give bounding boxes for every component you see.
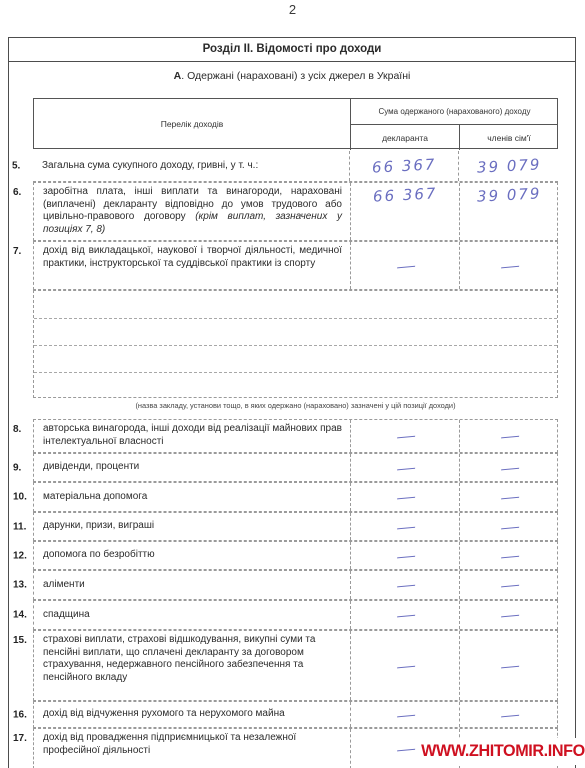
declarant-value-cell: 66 367	[349, 151, 459, 181]
row-label: дохід від провадження підприємницької та…	[34, 729, 332, 768]
row-number: 8.	[13, 424, 33, 435]
row-number: 17.	[13, 733, 33, 744]
section-title: Розділ II. Відомості про доходи	[9, 38, 575, 62]
row-number: 16.	[13, 709, 33, 720]
row-label: авторська винагорода, інші доходи від ре…	[34, 420, 348, 452]
handwritten-dash: —	[395, 662, 415, 669]
row-label: дохід від відчуження рухомого та нерухом…	[34, 702, 348, 727]
row-number: 10.	[13, 492, 33, 503]
declarant-value-cell: —	[350, 631, 460, 700]
handwritten-dash: —	[500, 464, 520, 471]
declarant-value-cell: —	[350, 702, 460, 727]
handwritten-dash: —	[395, 611, 415, 618]
declarant-value-cell: 66 367	[350, 183, 459, 240]
page-number: 2	[0, 2, 585, 17]
handwritten-dash: —	[500, 611, 520, 618]
subtitle-text: . Одержані (нараховані) з усіх джерел в …	[181, 70, 410, 82]
column-header-income-list: Перелік доходів	[34, 99, 350, 148]
handwritten-amount: 39 079	[477, 184, 542, 205]
table-row-9: 9. дивіденди, проценти — —	[33, 453, 558, 482]
row-label: страхові виплати, страхові відшкодування…	[34, 631, 332, 700]
row-label: спадщина	[34, 601, 348, 629]
declaration-form-section: Розділ II. Відомості про доходи А. Одерж…	[8, 37, 576, 768]
table-row-5: 5. Загальна сума сукупного доходу, гривн…	[33, 151, 558, 182]
table-row-6: 6. заробітна плата, інші виплати та вина…	[33, 182, 558, 241]
declarant-value-cell: —	[350, 420, 460, 452]
handwritten-dash: —	[500, 493, 520, 500]
table-row-16: 16. дохід від відчуження рухомого та нер…	[33, 701, 558, 728]
declarant-value-cell: —	[350, 542, 460, 569]
row-number: 6.	[13, 187, 33, 198]
table-row-8: 8. авторська винагорода, інші доходи від…	[33, 419, 558, 453]
family-value-cell: —	[459, 702, 560, 727]
table-row-12: 12. допомога по безробіттю — —	[33, 541, 558, 570]
row-label: дарунки, призи, виграші	[34, 513, 348, 540]
family-value-cell: —	[459, 601, 560, 629]
row-number: 11.	[13, 521, 33, 532]
declarant-value-cell: —	[350, 242, 460, 289]
row-label: аліменти	[34, 571, 348, 599]
column-header-sum: Сума одержаного (нарахованого) доходу	[350, 99, 558, 125]
family-value-cell: —	[459, 513, 560, 540]
table-row-15: 15. страхові виплати, страхові відшкодув…	[33, 630, 558, 701]
declarant-value-cell: —	[350, 483, 460, 511]
income-table-header: Перелік доходів Сума одержаного (нарахов…	[33, 98, 558, 149]
declarant-value-cell: —	[350, 571, 460, 599]
family-value-cell: —	[459, 242, 560, 289]
table-row-13: 13. аліменти — —	[33, 570, 558, 600]
family-value-cell: —	[459, 542, 560, 569]
handwritten-dash: —	[500, 523, 520, 530]
handwritten-dash: —	[395, 711, 415, 718]
family-value-cell: —	[459, 571, 560, 599]
handwritten-dash: —	[500, 711, 520, 718]
row-number: 9.	[13, 462, 33, 473]
row-label: матеріальна допомога	[34, 483, 348, 511]
handwritten-amount: 66 367	[372, 184, 437, 205]
row-number: 13.	[13, 580, 33, 591]
row-label: заробітна плата, інші виплати та винагор…	[34, 183, 348, 240]
handwritten-dash: —	[500, 552, 520, 559]
handwritten-dash: —	[500, 262, 520, 269]
row-label: дивіденди, проценти	[34, 454, 348, 481]
handwritten-dash: —	[395, 493, 415, 500]
handwritten-dash: —	[500, 662, 520, 669]
handwritten-dash: —	[395, 581, 415, 588]
blank-line	[34, 345, 557, 346]
handwritten-dash: —	[395, 464, 415, 471]
institution-name-lines	[33, 290, 558, 398]
blank-line	[34, 372, 557, 373]
row-label: Загальна сума сукупного доходу, гривні, …	[33, 151, 349, 181]
family-value-cell: —	[459, 631, 560, 700]
handwritten-dash: —	[395, 432, 415, 439]
site-watermark: WWW.ZHITOMIR.INFO	[423, 738, 584, 765]
blank-line	[34, 318, 557, 319]
row-label: дохід від викладацької, наукової і творч…	[34, 242, 348, 289]
family-value-cell: —	[459, 454, 560, 481]
handwritten-dash: —	[395, 523, 415, 530]
table-row-11: 11. дарунки, призи, виграші — —	[33, 512, 558, 541]
declarant-value-cell: —	[350, 454, 460, 481]
table-row-14: 14. спадщина — —	[33, 600, 558, 630]
family-value-cell: 39 079	[458, 151, 559, 181]
row-number: 7.	[13, 246, 33, 257]
handwritten-amount: 66 367	[372, 155, 437, 176]
handwritten-dash: —	[500, 581, 520, 588]
handwritten-dash: —	[395, 262, 415, 269]
column-header-declarant: декларанта	[350, 125, 459, 150]
handwritten-dash: —	[395, 745, 415, 752]
handwritten-dash: —	[395, 552, 415, 559]
handwritten-dash: —	[500, 432, 520, 439]
family-value-cell: —	[459, 420, 560, 452]
row-label: допомога по безробіттю	[34, 542, 348, 569]
handwritten-amount: 39 079	[476, 155, 541, 176]
column-header-family: членів сім'ї	[459, 125, 558, 150]
row-number: 5.	[12, 161, 32, 172]
declarant-value-cell: —	[350, 601, 460, 629]
row-number: 15.	[13, 635, 33, 646]
row-number: 14.	[13, 610, 33, 621]
section-subtitle: А. Одержані (нараховані) з усіх джерел в…	[9, 70, 575, 82]
declarant-value-cell: —	[350, 513, 460, 540]
family-value-cell: —	[459, 483, 560, 511]
institution-note: (назва закладу, установи тощо, в яких од…	[33, 401, 558, 410]
table-row-7: 7. дохід від викладацької, наукової і тв…	[33, 241, 558, 290]
row-number: 12.	[13, 550, 33, 561]
family-value-cell: 39 079	[459, 183, 559, 240]
table-row-10: 10. матеріальна допомога — —	[33, 482, 558, 512]
